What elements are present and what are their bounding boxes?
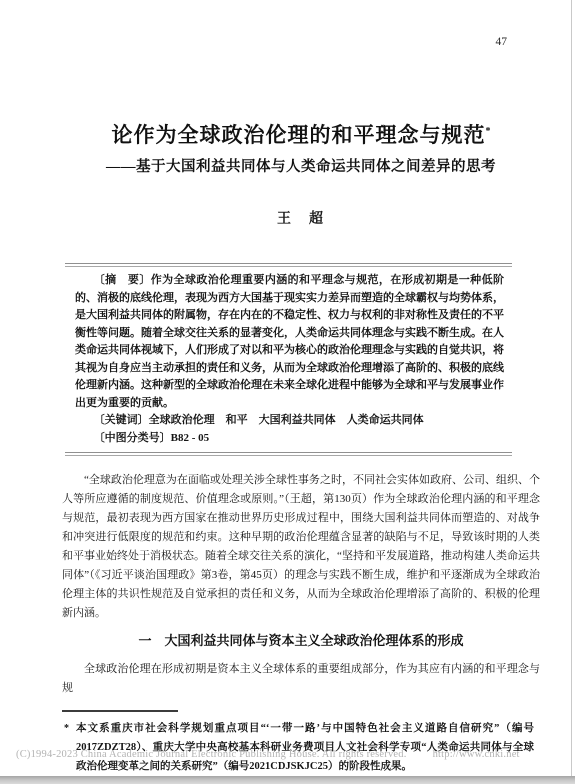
footnote-text: 本文系重庆市社会科学规划重点项目“‘一带一路’与中国特色社会主义道路自信研究”（… [76,719,534,776]
abstract-block: 〔摘 要〕作为全球政治伦理重要内涵的和平理念与规范，在形成初期是一种低阶的、消极… [65,263,512,456]
article-subtitle: ——基于大国利益共同体与人类命运共同体之间差异的思考 [62,157,540,177]
journal-page-scan: 47 论作为全球政治伦理的和平理念与规范* ——基于大国利益共同体与人类命运共同… [0,0,575,784]
article-title-text: 论作为全球政治伦理的和平理念与规范 [112,123,486,147]
keywords-line: 〔关键词〕全球政治伦理 和平 大国利益共同体 人类命运共同体 [75,412,504,430]
abstract-bottom-rule [65,452,512,456]
cnki-copyright-footer: (C)1994-2023 China Academic Journal Elec… [16,749,520,760]
body-paragraph-1: “全球政治伦理意为在面临或处理关涉全球性事务之时，不同社会实体如政府、公司、组织… [62,471,540,623]
footnote-separator-line [62,710,178,712]
article-title: 论作为全球政治伦理的和平理念与规范* [62,118,540,149]
title-footnote-mark: * [486,126,491,137]
clc-number-line: 〔中图分类号〕B82 - 05 [75,430,504,448]
abstract-inner: 〔摘 要〕作为全球政治伦理重要内涵的和平理念与规范，在形成初期是一种低阶的、消极… [65,267,512,452]
section-heading-1: 一 大国利益共同体与资本主义全球政治伦理体系的形成 [62,632,540,650]
footer-copyright-text: (C)1994-2023 China Academic Journal Elec… [16,749,407,760]
scan-bottom-edge [0,776,575,784]
abstract-text: 〔摘 要〕作为全球政治伦理重要内涵的和平理念与规范，在形成初期是一种低阶的、消极… [75,272,504,412]
author-name: 王 超 [62,210,540,230]
footnote-marker: * [62,719,76,776]
page-edge-line [571,0,572,776]
footnote: * 本文系重庆市社会科学规划重点项目“‘一带一路’与中国特色社会主义道路自信研究… [62,719,534,776]
page-content: 论作为全球政治伦理的和平理念与规范* ——基于大国利益共同体与人类命运共同体之间… [62,0,540,776]
footer-url-text: http://www.cnki.net [433,749,520,760]
body-paragraph-2: 全球政治伦理在形成初期是资本主义全球体系的重要组成部分，作为其应有内涵的和平理念… [62,660,540,698]
